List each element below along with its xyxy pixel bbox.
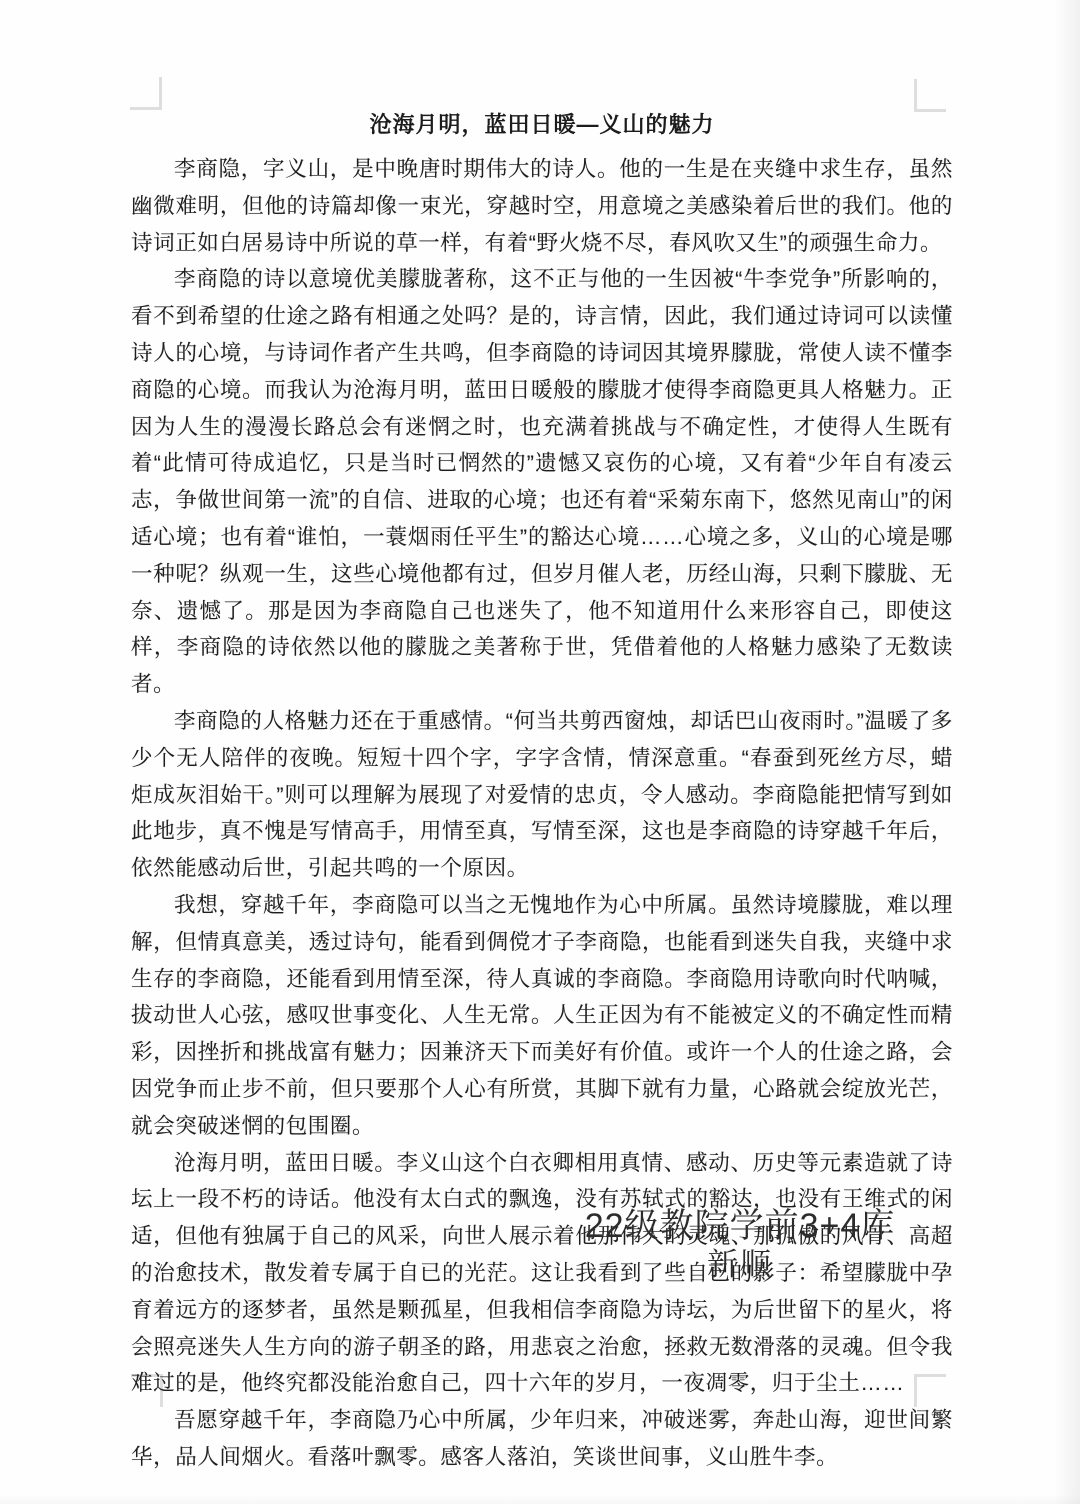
document-page: 沧海月明，蓝田日暖—义山的魅力 李商隐，字义山，是中晚唐时期伟大的诗人。他的一生…	[0, 0, 1080, 1504]
essay-title: 沧海月明，蓝田日暖—义山的魅力	[131, 108, 953, 139]
crop-mark-top-left	[130, 77, 162, 110]
signature-name: 新顺	[560, 1246, 920, 1284]
essay-paragraph: 李商隐的人格魅力还在于重感情。“何当共剪西窗烛，却话巴山夜雨时。”温暖了多少个无…	[131, 703, 953, 887]
essay-paragraph: 我想，穿越千年，李商隐可以当之无愧地作为心中所属。虽然诗境朦胧，难以理解，但情真…	[131, 887, 953, 1145]
signature-class-label: 22级教院学前3+4库	[560, 1206, 920, 1246]
signature-block: 22级教院学前3+4库 新顺	[560, 1206, 920, 1284]
essay-paragraph: 吾愿穿越千年，李商隐乃心中所属，少年归来，冲破迷雾，奔赴山海，迎世间繁华，品人间…	[131, 1402, 953, 1476]
essay-paragraph: 李商隐，字义山，是中晚唐时期伟大的诗人。他的一生是在夹缝中求生存，虽然幽微难明，…	[131, 151, 953, 261]
scan-edge-shadow-right	[1054, 0, 1080, 1504]
essay-paragraph: 李商隐的诗以意境优美朦胧著称，这不正与他的一生因被“牛李党争”所影响的，看不到希…	[131, 261, 953, 703]
scan-edge-shadow-bottom	[0, 1494, 1080, 1504]
